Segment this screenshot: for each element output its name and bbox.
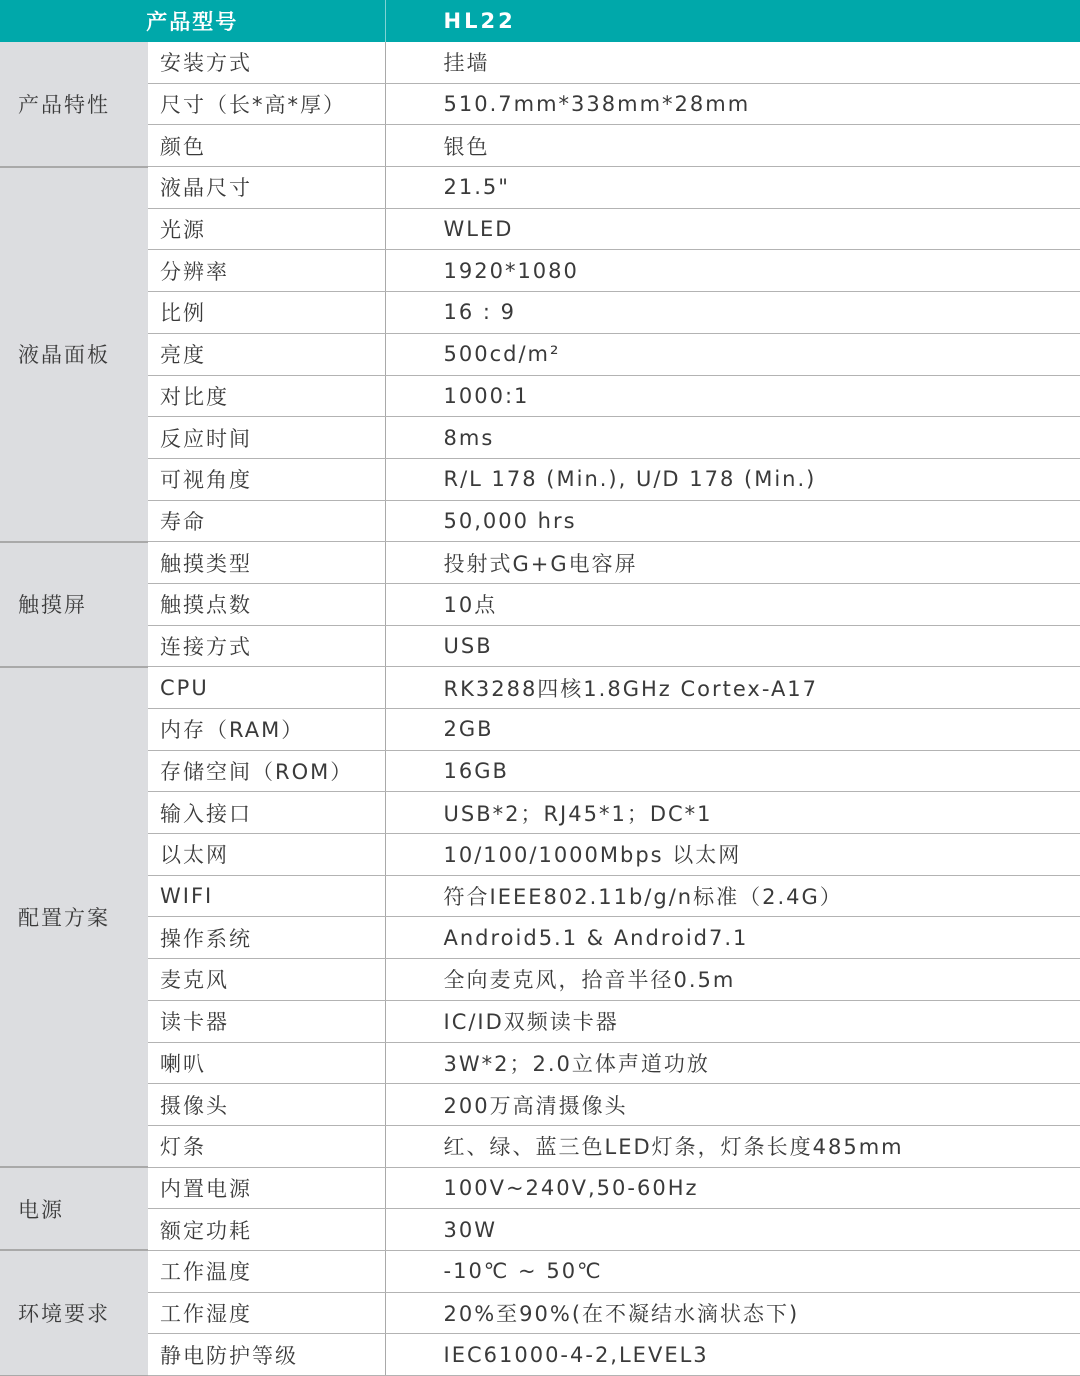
param-value: 10/100/1000Mbps 以太网 xyxy=(385,834,1080,876)
param-label: 亮度 xyxy=(148,333,385,375)
param-value: 8ms xyxy=(385,417,1080,459)
table-row: 颜色银色 xyxy=(0,125,1080,167)
group-label: 触摸屏 xyxy=(0,542,148,667)
table-row: 工作湿度20%至90%(在不凝结水滴状态下) xyxy=(0,1292,1080,1334)
param-value: -10℃ ~ 50℃ xyxy=(385,1250,1080,1292)
param-label: CPU xyxy=(148,667,385,709)
param-value: R/L 178 (Min.), U/D 178 (Min.) xyxy=(385,458,1080,500)
param-value: 1920*1080 xyxy=(385,250,1080,292)
table-row: 可视角度R/L 178 (Min.), U/D 178 (Min.) xyxy=(0,458,1080,500)
param-value: 投射式G+G电容屏 xyxy=(385,542,1080,584)
table-row: 分辨率1920*1080 xyxy=(0,250,1080,292)
param-label: 反应时间 xyxy=(148,417,385,459)
table-row: 输入接口USB*2；RJ45*1；DC*1 xyxy=(0,792,1080,834)
param-label: 麦克风 xyxy=(148,959,385,1001)
table-row: 亮度500cd/m² xyxy=(0,333,1080,375)
param-label: 静电防护等级 xyxy=(148,1334,385,1376)
table-row: 环境要求工作温度-10℃ ~ 50℃ xyxy=(0,1250,1080,1292)
param-value: 红、绿、蓝三色LED灯条，灯条长度485mm xyxy=(385,1125,1080,1167)
table-row: 操作系统Android5.1 & Android7.1 xyxy=(0,917,1080,959)
param-value: Android5.1 & Android7.1 xyxy=(385,917,1080,959)
param-value: 21.5" xyxy=(385,167,1080,209)
table-row: 内存（RAM）2GB xyxy=(0,709,1080,751)
param-label: 比例 xyxy=(148,292,385,334)
header-label: 产品型号 xyxy=(0,0,385,42)
group-label: 配置方案 xyxy=(0,667,148,1167)
param-value: USB*2；RJ45*1；DC*1 xyxy=(385,792,1080,834)
group-label: 环境要求 xyxy=(0,1250,148,1375)
table-row: 额定功耗30W xyxy=(0,1209,1080,1251)
param-value: 1000:1 xyxy=(385,375,1080,417)
param-value: WLED xyxy=(385,208,1080,250)
param-value: 500cd/m² xyxy=(385,333,1080,375)
table-row: 静电防护等级IEC61000-4-2,LEVEL3 xyxy=(0,1334,1080,1376)
param-value: 510.7mm*338mm*28mm xyxy=(385,83,1080,125)
param-label: 液晶尺寸 xyxy=(148,167,385,209)
param-value: 10点 xyxy=(385,583,1080,625)
param-value: IEC61000-4-2,LEVEL3 xyxy=(385,1334,1080,1376)
param-value: RK3288四核1.8GHz Cortex-A17 xyxy=(385,667,1080,709)
group-label: 液晶面板 xyxy=(0,167,148,542)
param-value: 符合IEEE802.11b/g/n标准（2.4G） xyxy=(385,875,1080,917)
param-value: USB xyxy=(385,625,1080,667)
param-label: 尺寸（长*高*厚） xyxy=(148,83,385,125)
param-value: 20%至90%(在不凝结水滴状态下) xyxy=(385,1292,1080,1334)
param-label: 摄像头 xyxy=(148,1084,385,1126)
param-label: 安装方式 xyxy=(148,42,385,83)
param-label: 触摸点数 xyxy=(148,583,385,625)
param-label: 操作系统 xyxy=(148,917,385,959)
table-row: 连接方式USB xyxy=(0,625,1080,667)
param-label: 喇叭 xyxy=(148,1042,385,1084)
param-value: 3W*2；2.0立体声道功放 xyxy=(385,1042,1080,1084)
table-row: 读卡器IC/ID双频读卡器 xyxy=(0,1000,1080,1042)
param-label: 读卡器 xyxy=(148,1000,385,1042)
table-row: 触摸点数10点 xyxy=(0,583,1080,625)
param-value: IC/ID双频读卡器 xyxy=(385,1000,1080,1042)
table-row: WIFI符合IEEE802.11b/g/n标准（2.4G） xyxy=(0,875,1080,917)
table-row: 比例16 : 9 xyxy=(0,292,1080,334)
param-value: 挂墙 xyxy=(385,42,1080,83)
param-value: 200万高清摄像头 xyxy=(385,1084,1080,1126)
param-value: 银色 xyxy=(385,125,1080,167)
param-label: 触摸类型 xyxy=(148,542,385,584)
spec-table: 产品型号 HL22 产品特性安装方式挂墙尺寸（长*高*厚）510.7mm*338… xyxy=(0,0,1080,1376)
param-value: 16 : 9 xyxy=(385,292,1080,334)
param-label: 存储空间（ROM） xyxy=(148,750,385,792)
param-label: 内存（RAM） xyxy=(148,709,385,751)
param-label: 内置电源 xyxy=(148,1167,385,1209)
param-label: 灯条 xyxy=(148,1125,385,1167)
table-row: 对比度1000:1 xyxy=(0,375,1080,417)
table-row: 存储空间（ROM）16GB xyxy=(0,750,1080,792)
table-row: 喇叭3W*2；2.0立体声道功放 xyxy=(0,1042,1080,1084)
header-row: 产品型号 HL22 xyxy=(0,0,1080,42)
table-row: 麦克风全向麦克风，拾音半径0.5m xyxy=(0,959,1080,1001)
table-row: 液晶面板液晶尺寸21.5" xyxy=(0,167,1080,209)
group-label: 产品特性 xyxy=(0,42,148,167)
param-label: 光源 xyxy=(148,208,385,250)
table-row: 电源内置电源100V~240V,50-60Hz xyxy=(0,1167,1080,1209)
param-value: 100V~240V,50-60Hz xyxy=(385,1167,1080,1209)
table-row: 产品特性安装方式挂墙 xyxy=(0,42,1080,83)
group-label: 电源 xyxy=(0,1167,148,1250)
param-value: 全向麦克风，拾音半径0.5m xyxy=(385,959,1080,1001)
param-value: 50,000 hrs xyxy=(385,500,1080,542)
param-value: 2GB xyxy=(385,709,1080,751)
table-row: 光源WLED xyxy=(0,208,1080,250)
table-row: 触摸屏触摸类型投射式G+G电容屏 xyxy=(0,542,1080,584)
table-row: 反应时间8ms xyxy=(0,417,1080,459)
table-row: 尺寸（长*高*厚）510.7mm*338mm*28mm xyxy=(0,83,1080,125)
param-label: 对比度 xyxy=(148,375,385,417)
table-row: 灯条红、绿、蓝三色LED灯条，灯条长度485mm xyxy=(0,1125,1080,1167)
param-label: 以太网 xyxy=(148,834,385,876)
param-label: WIFI xyxy=(148,875,385,917)
param-label: 分辨率 xyxy=(148,250,385,292)
param-label: 工作温度 xyxy=(148,1250,385,1292)
param-label: 工作湿度 xyxy=(148,1292,385,1334)
param-label: 连接方式 xyxy=(148,625,385,667)
param-label: 输入接口 xyxy=(148,792,385,834)
param-label: 寿命 xyxy=(148,500,385,542)
table-row: 摄像头200万高清摄像头 xyxy=(0,1084,1080,1126)
param-value: 30W xyxy=(385,1209,1080,1251)
table-row: 寿命50,000 hrs xyxy=(0,500,1080,542)
spec-body: 产品特性安装方式挂墙尺寸（长*高*厚）510.7mm*338mm*28mm颜色银… xyxy=(0,42,1080,1376)
table-row: 以太网10/100/1000Mbps 以太网 xyxy=(0,834,1080,876)
param-label: 额定功耗 xyxy=(148,1209,385,1251)
table-row: 配置方案CPURK3288四核1.8GHz Cortex-A17 xyxy=(0,667,1080,709)
param-label: 可视角度 xyxy=(148,458,385,500)
param-label: 颜色 xyxy=(148,125,385,167)
param-value: 16GB xyxy=(385,750,1080,792)
header-model: HL22 xyxy=(385,0,1080,42)
